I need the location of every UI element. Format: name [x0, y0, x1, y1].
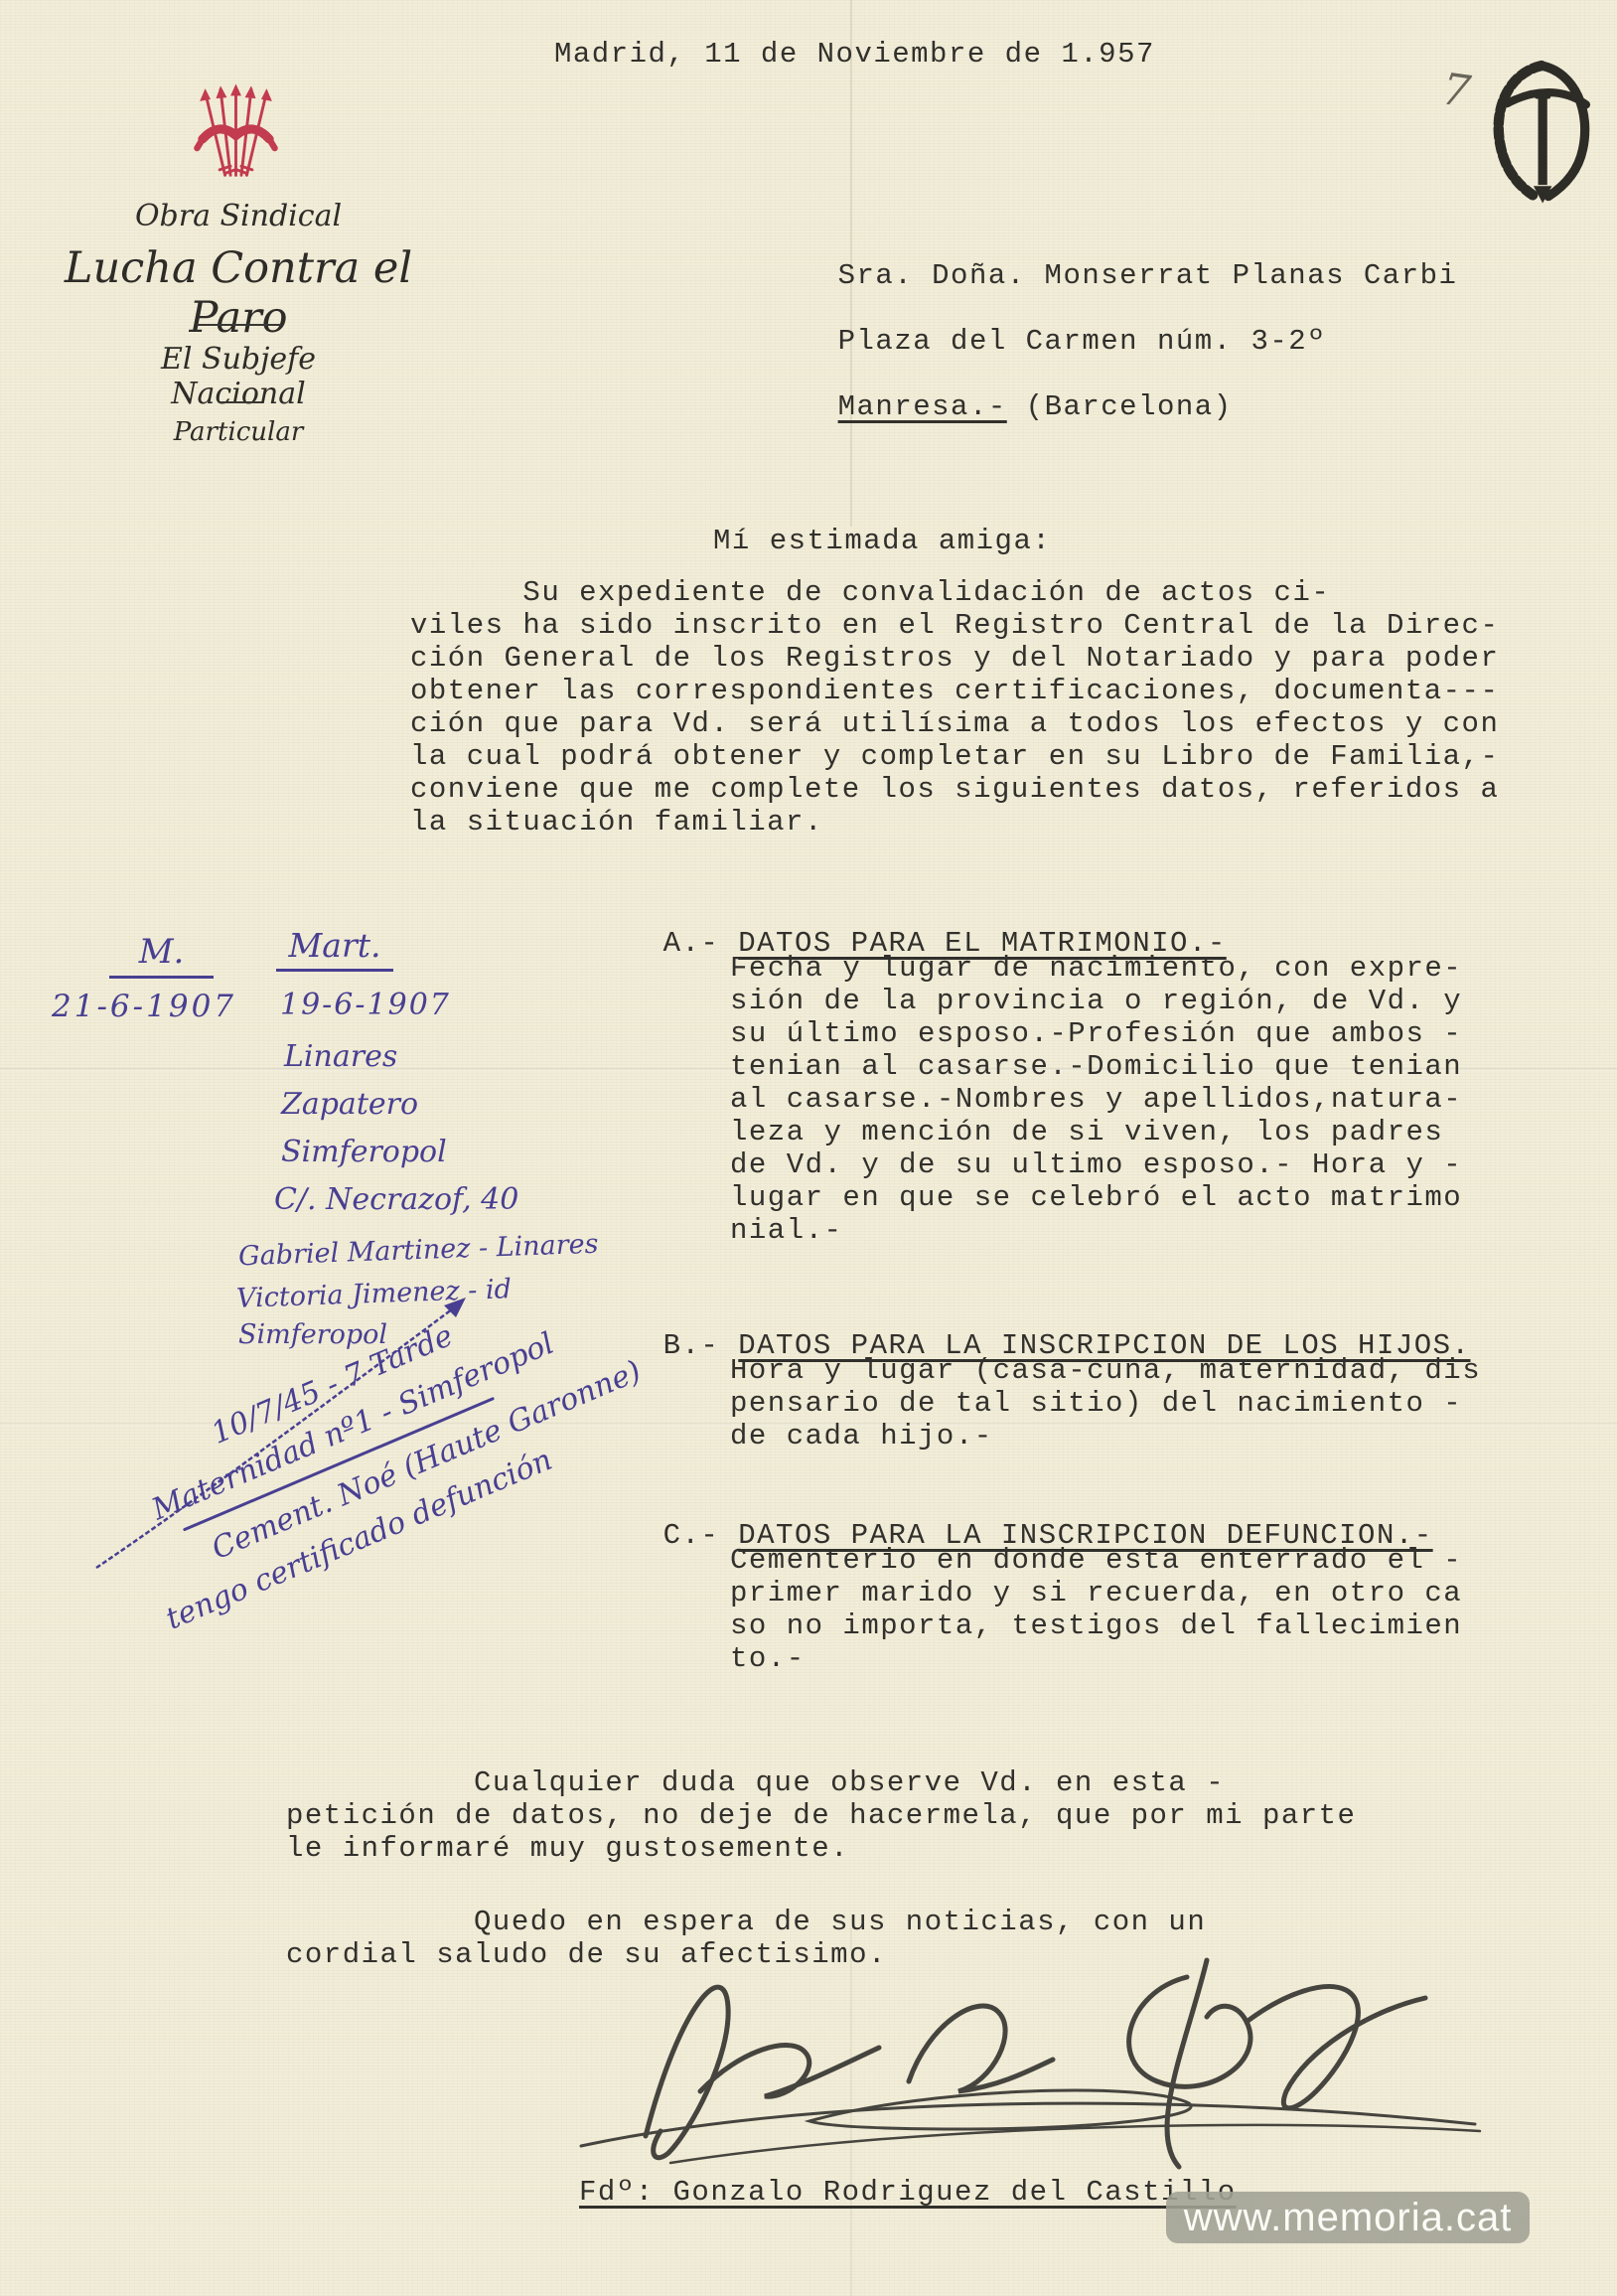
- letterhead-org-line2: Lucha Contra el Paro: [10, 243, 467, 343]
- annotation-col1-header: M.: [109, 932, 214, 979]
- section-a-label: A.-: [663, 927, 720, 960]
- annotation-col2-line3: Zapatero: [281, 1087, 418, 1122]
- pencil-mark: 7: [1439, 64, 1474, 117]
- salutation: Mí estimada amiga:: [713, 525, 1051, 557]
- annotation-col2-header: Mart.: [276, 926, 393, 972]
- falange-yoke-arrows-icon: [189, 79, 283, 179]
- annotation-col2-header-text: Mart.: [276, 926, 393, 972]
- annotation-parents-line1: Gabriel Martinez - Linares: [238, 1229, 599, 1273]
- section-c-label: C.-: [663, 1519, 720, 1552]
- typed-signature: Fdº: Gonzalo Rodriguez del Castillo: [579, 2176, 1237, 2209]
- annotation-col1-date: 21-6-1907: [52, 989, 236, 1024]
- section-a-body: Fecha y lugar de nacimiento, con expre- …: [730, 952, 1604, 1247]
- watermark-badge: www.memoria.cat: [1166, 2192, 1530, 2243]
- annotation-col2-line4: Simferopol: [281, 1135, 447, 1169]
- closing-paragraph-1: Cualquier duda que observe Vd. en esta -…: [286, 1766, 1577, 1865]
- recipient-line2: Plaza del Carmen núm. 3-2º: [838, 325, 1326, 358]
- scanned-letter-page: Madrid, 11 de Noviembre de 1.957 7: [0, 0, 1617, 2296]
- recipient-city: Manresa.-: [838, 390, 1007, 423]
- letterhead-org-line1: Obra Sindical: [89, 199, 387, 233]
- section-b-body: Hora y lugar (casa-cuna, maternidad, dis…: [730, 1354, 1604, 1453]
- annotation-col2-line1: 19-6-1907: [280, 988, 451, 1022]
- watermark-text: www.memoria.cat: [1184, 2196, 1513, 2240]
- annotation-col2-line2: Linares: [284, 1039, 397, 1074]
- intro-paragraph: Su expediente de convalidación de actos …: [410, 576, 1602, 839]
- section-c-body: Cementerio en donde esta enterrado el - …: [730, 1544, 1604, 1675]
- recipient-line1: Sra. Doña. Monserrat Planas Carbi: [838, 259, 1458, 292]
- letterhead-divider-1: [197, 324, 281, 326]
- letterhead-org-line4: Particular: [89, 417, 387, 447]
- date-line: Madrid, 11 de Noviembre de 1.957: [554, 38, 1155, 71]
- stamp-wreath-pickaxe-icon: [1482, 58, 1601, 207]
- recipient-province: (Barcelona): [1007, 390, 1233, 423]
- recipient-address: Sra. Doña. Monserrat Planas Carbi Plaza …: [763, 227, 1457, 456]
- letterhead-divider-2: [220, 401, 262, 403]
- annotation-col2-line5: C/. Necrazof, 40: [274, 1182, 518, 1217]
- handwritten-signature: [551, 1932, 1505, 2191]
- annotation-col1-header-text: M.: [109, 932, 214, 979]
